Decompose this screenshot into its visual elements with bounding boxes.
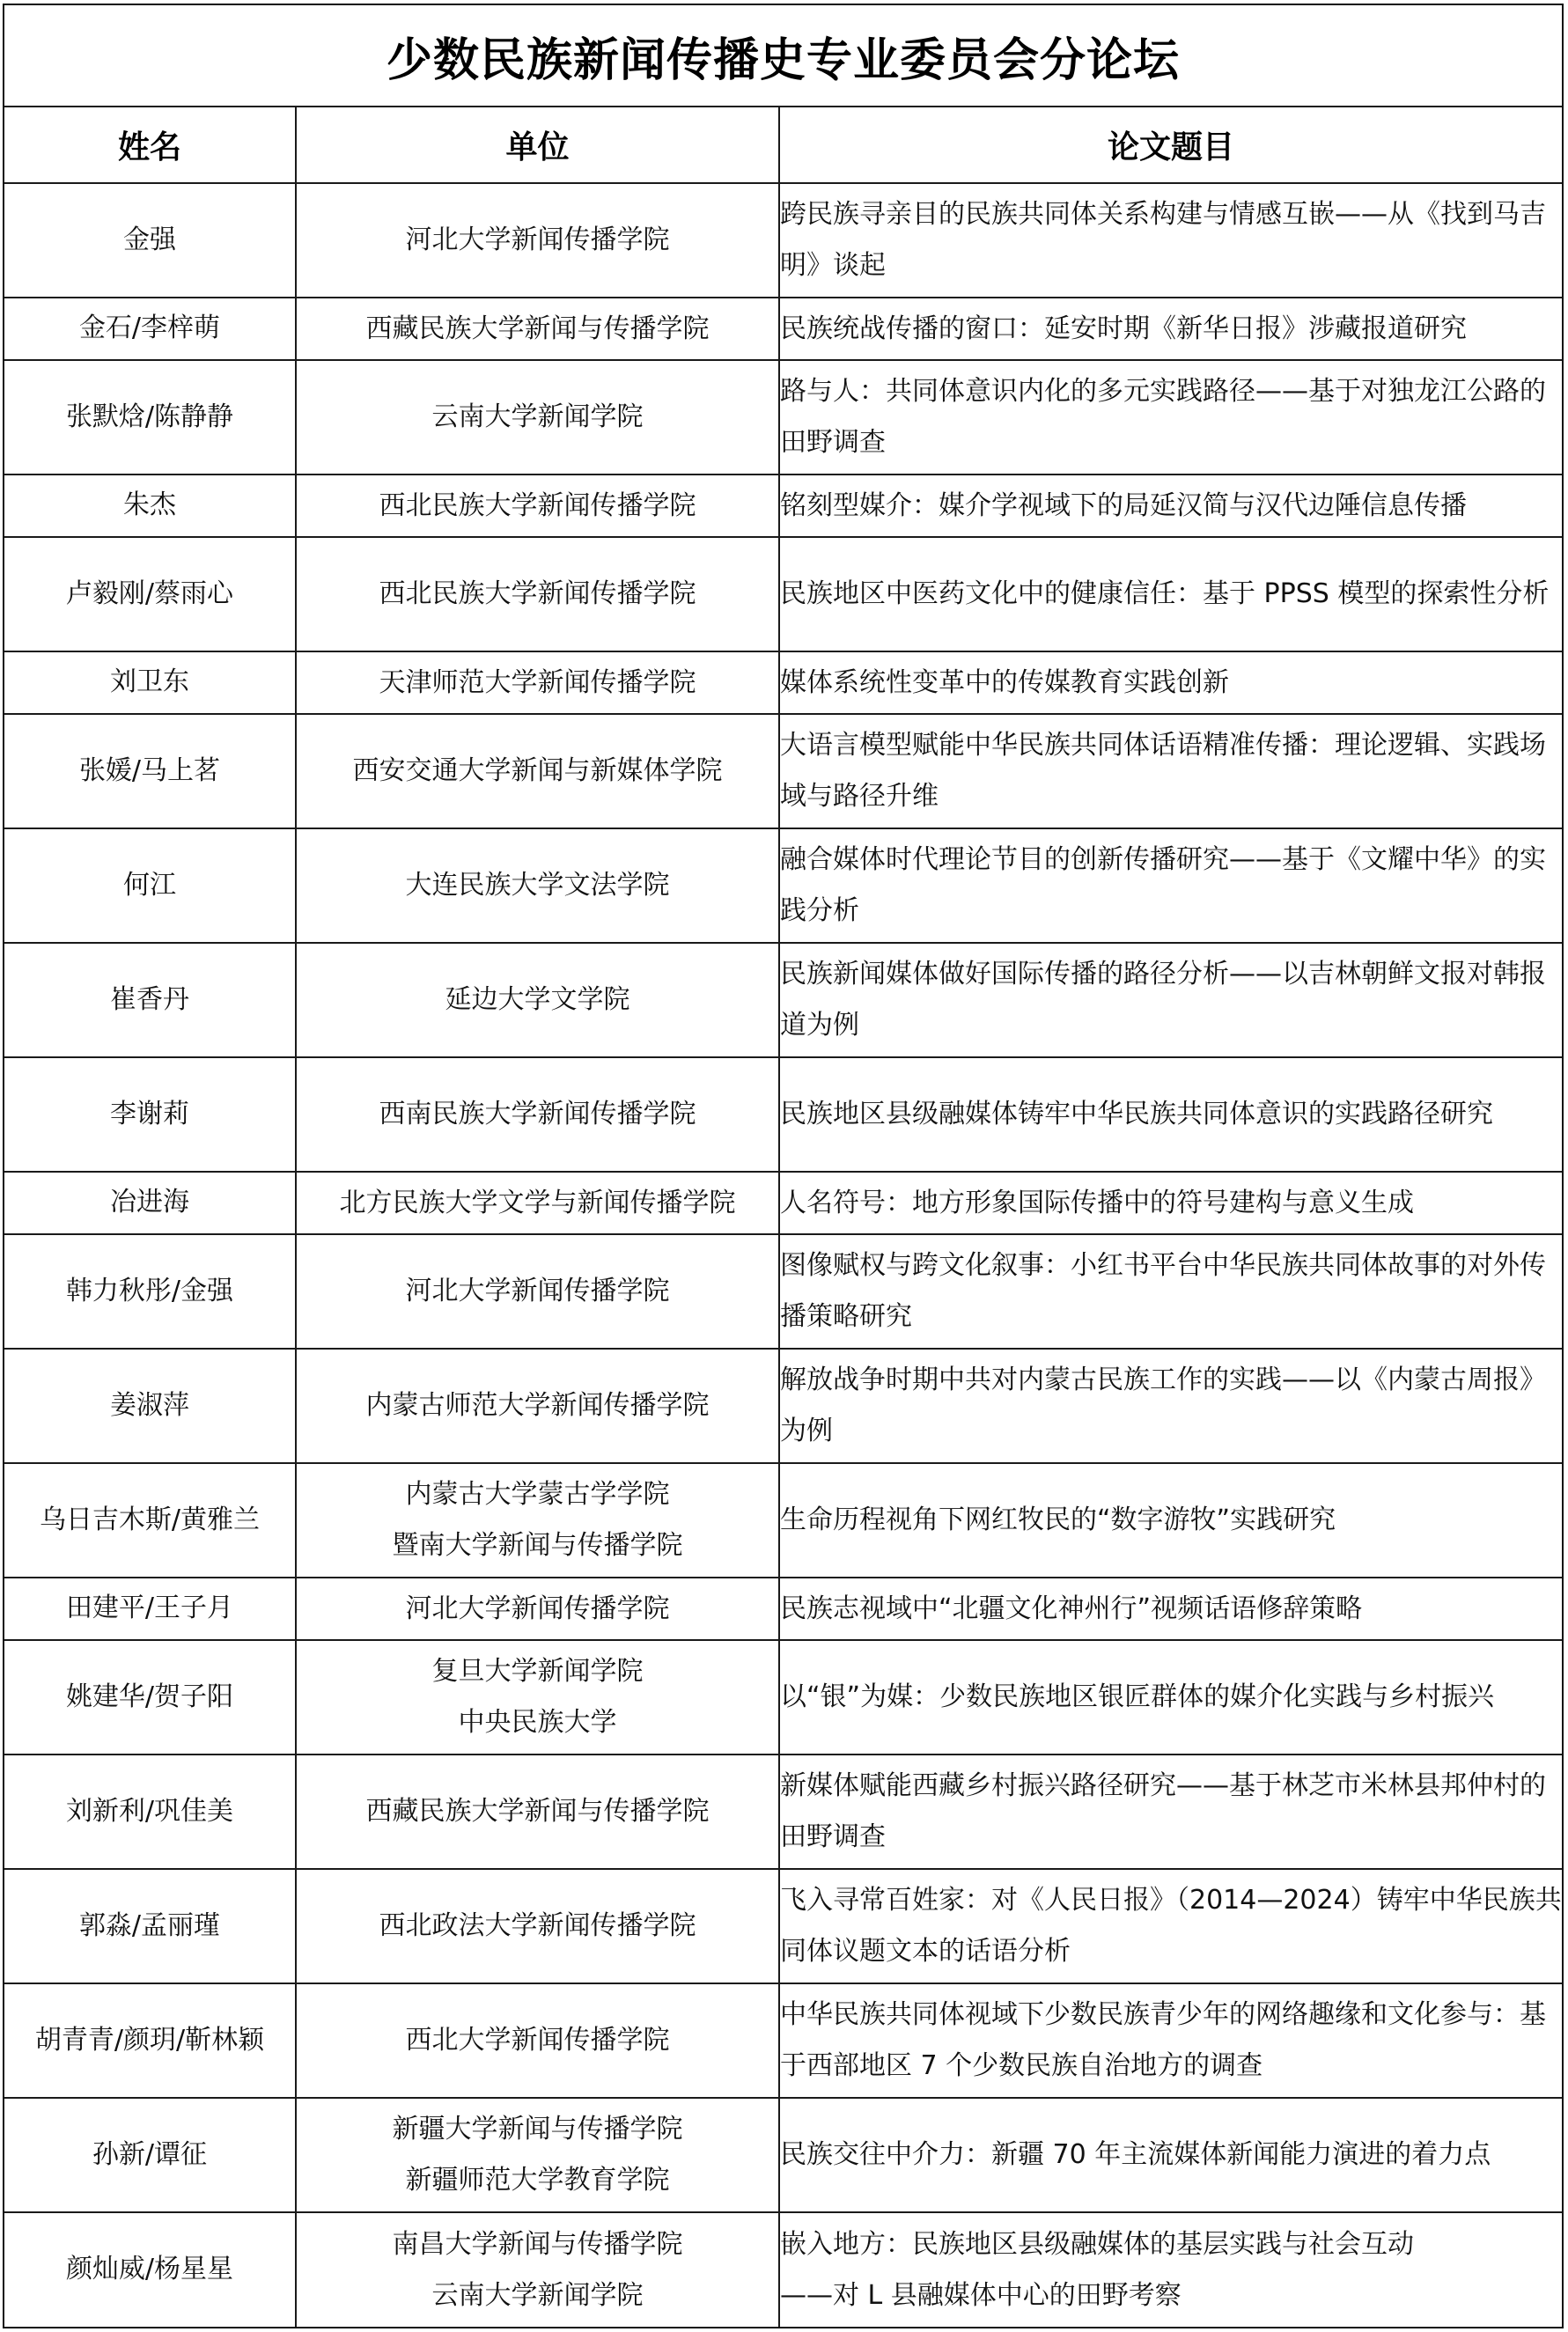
author-name: 金强 bbox=[4, 183, 296, 298]
affiliation-line: 西藏民族大学新闻与传播学院 bbox=[297, 304, 778, 355]
paper-title: 解放战争时期中共对内蒙古民族工作的实践——以《内蒙古周报》为例 bbox=[779, 1349, 1562, 1463]
paper-title-line: 民族交往中介力：新疆 70 年主流媒体新闻能力演进的着力点 bbox=[780, 2139, 1491, 2170]
paper-title: 民族志视域中“北疆文化神州行”视频话语修辞策略 bbox=[779, 1578, 1562, 1640]
affiliation: 北方民族大学文学与新闻传播学院 bbox=[296, 1172, 779, 1234]
author-name: 孙新/谭征 bbox=[4, 2098, 296, 2212]
affiliation: 西藏民族大学新闻与传播学院 bbox=[296, 1755, 779, 1869]
author-name: 朱杰 bbox=[4, 474, 296, 537]
table-row: 金石/李梓萌西藏民族大学新闻与传播学院民族统战传播的窗口：延安时期《新华日报》涉… bbox=[4, 298, 1562, 360]
affiliation: 西藏民族大学新闻与传播学院 bbox=[296, 298, 779, 360]
paper-title: 铭刻型媒介：媒介学视域下的局延汉简与汉代边陲信息传播 bbox=[779, 474, 1562, 537]
paper-title-line: 融合媒体时代理论节目的创新传播研究——基于《文耀中华》的实践分析 bbox=[780, 844, 1546, 926]
affiliation-line: 天津师范大学新闻传播学院 bbox=[297, 658, 778, 709]
author-name: 胡青青/颜玥/靳林颖 bbox=[4, 1983, 296, 2098]
paper-title-line: 民族志视域中“北疆文化神州行”视频话语修辞策略 bbox=[780, 1593, 1362, 1624]
affiliation: 河北大学新闻传播学院 bbox=[296, 1578, 779, 1640]
author-name: 何江 bbox=[4, 828, 296, 943]
paper-title-line: 中华民族共同体视域下少数民族青少年的网络趣缘和文化参与：基于西部地区 7 个少数… bbox=[780, 1999, 1546, 2081]
affiliation: 新疆大学新闻与传播学院新疆师范大学教育学院 bbox=[296, 2098, 779, 2212]
table-row: 颜灿威/杨星星南昌大学新闻与传播学院云南大学新闻学院嵌入地方：民族地区县级融媒体… bbox=[4, 2212, 1562, 2327]
forum-table-sheet: 少数民族新闻传播史专业委员会分论坛 姓名 单位 论文题目 金强河北大学新闻传播学… bbox=[3, 4, 1564, 2328]
affiliation-line: 云南大学新闻学院 bbox=[297, 392, 778, 443]
paper-title: 民族新闻媒体做好国际传播的路径分析——以吉林朝鲜文报对韩报道为例 bbox=[779, 943, 1562, 1057]
table-row: 卢毅刚/蔡雨心西北民族大学新闻传播学院民族地区中医药文化中的健康信任：基于 PP… bbox=[4, 537, 1562, 651]
paper-title-line: 图像赋权与跨文化叙事：小红书平台中华民族共同体故事的对外传播策略研究 bbox=[780, 1250, 1546, 1332]
paper-title: 人名符号：地方形象国际传播中的符号建构与意义生成 bbox=[779, 1172, 1562, 1234]
paper-title-line: 民族统战传播的窗口：延安时期《新华日报》涉藏报道研究 bbox=[780, 313, 1467, 344]
affiliation-line: 大连民族大学文法学院 bbox=[297, 860, 778, 911]
table-row: 张默焓/陈静静云南大学新闻学院路与人：共同体意识内化的多元实践路径——基于对独龙… bbox=[4, 360, 1562, 474]
paper-title-line: 生命历程视角下网红牧民的“数字游牧”实践研究 bbox=[780, 1504, 1336, 1535]
table-row: 崔香丹延边大学文学院民族新闻媒体做好国际传播的路径分析——以吉林朝鲜文报对韩报道… bbox=[4, 943, 1562, 1057]
author-name: 乌日吉木斯/黄雅兰 bbox=[4, 1463, 296, 1578]
affiliation: 西北大学新闻传播学院 bbox=[296, 1983, 779, 2098]
affiliation-line: 河北大学新闻传播学院 bbox=[297, 1266, 778, 1317]
paper-title-line: 解放战争时期中共对内蒙古民族工作的实践——以《内蒙古周报》为例 bbox=[780, 1365, 1546, 1446]
table-row: 冶进海北方民族大学文学与新闻传播学院人名符号：地方形象国际传播中的符号建构与意义… bbox=[4, 1172, 1562, 1234]
author-name: 李谢莉 bbox=[4, 1057, 296, 1172]
affiliation-line: 新疆大学新闻与传播学院 bbox=[297, 2104, 778, 2155]
affiliation: 西北政法大学新闻传播学院 bbox=[296, 1869, 779, 1983]
paper-title: 民族地区中医药文化中的健康信任：基于 PPSS 模型的探索性分析 bbox=[779, 537, 1562, 651]
paper-title-line: ——对 L 县融媒体中心的田野考察 bbox=[780, 2270, 1562, 2321]
author-name: 卢毅刚/蔡雨心 bbox=[4, 537, 296, 651]
affiliation: 西安交通大学新闻与新媒体学院 bbox=[296, 714, 779, 828]
affiliation: 延边大学文学院 bbox=[296, 943, 779, 1057]
affiliation-line: 西南民族大学新闻传播学院 bbox=[297, 1089, 778, 1140]
author-name: 郭淼/孟丽瑾 bbox=[4, 1869, 296, 1983]
forum-table: 少数民族新闻传播史专业委员会分论坛 姓名 单位 论文题目 金强河北大学新闻传播学… bbox=[4, 5, 1562, 2327]
affiliation-line: 云南大学新闻学院 bbox=[297, 2270, 778, 2321]
affiliation: 天津师范大学新闻传播学院 bbox=[296, 651, 779, 714]
author-name: 刘新利/巩佳美 bbox=[4, 1755, 296, 1869]
affiliation-line: 西北大学新闻传播学院 bbox=[297, 2015, 778, 2066]
table-row: 张媛/马上茗西安交通大学新闻与新媒体学院大语言模型赋能中华民族共同体话语精准传播… bbox=[4, 714, 1562, 828]
paper-title: 图像赋权与跨文化叙事：小红书平台中华民族共同体故事的对外传播策略研究 bbox=[779, 1234, 1562, 1349]
affiliation-line: 南昌大学新闻与传播学院 bbox=[297, 2219, 778, 2270]
paper-title: 民族地区县级融媒体铸牢中华民族共同体意识的实践路径研究 bbox=[779, 1057, 1562, 1172]
affiliation-line: 河北大学新闻传播学院 bbox=[297, 1584, 778, 1635]
paper-title: 大语言模型赋能中华民族共同体话语精准传播：理论逻辑、实践场域与路径升维 bbox=[779, 714, 1562, 828]
table-row: 孙新/谭征新疆大学新闻与传播学院新疆师范大学教育学院民族交往中介力：新疆 70 … bbox=[4, 2098, 1562, 2212]
paper-title-line: 民族新闻媒体做好国际传播的路径分析——以吉林朝鲜文报对韩报道为例 bbox=[780, 959, 1546, 1041]
paper-title: 生命历程视角下网红牧民的“数字游牧”实践研究 bbox=[779, 1463, 1562, 1578]
paper-title: 路与人：共同体意识内化的多元实践路径——基于对独龙江公路的田野调查 bbox=[779, 360, 1562, 474]
affiliation-line: 西藏民族大学新闻与传播学院 bbox=[297, 1786, 778, 1837]
table-row: 刘新利/巩佳美西藏民族大学新闻与传播学院新媒体赋能西藏乡村振兴路径研究——基于林… bbox=[4, 1755, 1562, 1869]
author-name: 刘卫东 bbox=[4, 651, 296, 714]
affiliation-line: 西北政法大学新闻传播学院 bbox=[297, 1901, 778, 1952]
table-row: 金强河北大学新闻传播学院跨民族寻亲目的民族共同体关系构建与情感互嵌——从《找到马… bbox=[4, 183, 1562, 298]
paper-title-line: 路与人：共同体意识内化的多元实践路径——基于对独龙江公路的田野调查 bbox=[780, 376, 1546, 458]
affiliation: 西南民族大学新闻传播学院 bbox=[296, 1057, 779, 1172]
paper-title: 媒体系统性变革中的传媒教育实践创新 bbox=[779, 651, 1562, 714]
affiliation: 河北大学新闻传播学院 bbox=[296, 1234, 779, 1349]
affiliation-line: 复旦大学新闻学院 bbox=[297, 1646, 778, 1697]
affiliation-line: 内蒙古师范大学新闻传播学院 bbox=[297, 1380, 778, 1431]
paper-title: 融合媒体时代理论节目的创新传播研究——基于《文耀中华》的实践分析 bbox=[779, 828, 1562, 943]
column-header-unit: 单位 bbox=[296, 107, 779, 183]
column-header-name: 姓名 bbox=[4, 107, 296, 183]
table-row: 田建平/王子月河北大学新闻传播学院民族志视域中“北疆文化神州行”视频话语修辞策略 bbox=[4, 1578, 1562, 1640]
paper-title: 民族统战传播的窗口：延安时期《新华日报》涉藏报道研究 bbox=[779, 298, 1562, 360]
paper-title: 飞入寻常百姓家：对《人民日报》（2014—2024）铸牢中华民族共同体议题文本的… bbox=[779, 1869, 1562, 1983]
table-row: 乌日吉木斯/黄雅兰内蒙古大学蒙古学学院暨南大学新闻与传播学院生命历程视角下网红牧… bbox=[4, 1463, 1562, 1578]
title-row: 少数民族新闻传播史专业委员会分论坛 bbox=[4, 5, 1562, 107]
paper-title-line: 铭刻型媒介：媒介学视域下的局延汉简与汉代边陲信息传播 bbox=[780, 490, 1467, 521]
paper-title-line: 民族地区中医药文化中的健康信任：基于 PPSS 模型的探索性分析 bbox=[780, 578, 1549, 609]
affiliation: 云南大学新闻学院 bbox=[296, 360, 779, 474]
author-name: 张默焓/陈静静 bbox=[4, 360, 296, 474]
paper-title: 嵌入地方：民族地区县级融媒体的基层实践与社会互动——对 L 县融媒体中心的田野考… bbox=[779, 2212, 1562, 2327]
affiliation-line: 西北民族大学新闻传播学院 bbox=[297, 569, 778, 620]
paper-title-line: 民族地区县级融媒体铸牢中华民族共同体意识的实践路径研究 bbox=[780, 1099, 1493, 1129]
table-row: 胡青青/颜玥/靳林颖西北大学新闻传播学院中华民族共同体视域下少数民族青少年的网络… bbox=[4, 1983, 1562, 2098]
affiliation-line: 内蒙古大学蒙古学学院 bbox=[297, 1469, 778, 1520]
paper-title: 中华民族共同体视域下少数民族青少年的网络趣缘和文化参与：基于西部地区 7 个少数… bbox=[779, 1983, 1562, 2098]
affiliation-line: 西安交通大学新闻与新媒体学院 bbox=[297, 746, 778, 797]
table-row: 何江大连民族大学文法学院融合媒体时代理论节目的创新传播研究——基于《文耀中华》的… bbox=[4, 828, 1562, 943]
author-name: 韩力秋彤/金强 bbox=[4, 1234, 296, 1349]
paper-title-line: 跨民族寻亲目的民族共同体关系构建与情感互嵌——从《找到马吉明》谈起 bbox=[780, 199, 1546, 281]
affiliation-line: 西北民族大学新闻传播学院 bbox=[297, 481, 778, 532]
author-name: 田建平/王子月 bbox=[4, 1578, 296, 1640]
table-row: 姜淑萍内蒙古师范大学新闻传播学院解放战争时期中共对内蒙古民族工作的实践——以《内… bbox=[4, 1349, 1562, 1463]
paper-title-line: 大语言模型赋能中华民族共同体话语精准传播：理论逻辑、实践场域与路径升维 bbox=[780, 730, 1546, 812]
paper-title-line: 飞入寻常百姓家：对《人民日报》（2014—2024）铸牢中华民族共同体议题文本的… bbox=[780, 1885, 1562, 1967]
author-name: 张媛/马上茗 bbox=[4, 714, 296, 828]
author-name: 姜淑萍 bbox=[4, 1349, 296, 1463]
affiliation: 西北民族大学新闻传播学院 bbox=[296, 537, 779, 651]
paper-title-line: 媒体系统性变革中的传媒教育实践创新 bbox=[780, 667, 1229, 698]
table-row: 朱杰西北民族大学新闻传播学院铭刻型媒介：媒介学视域下的局延汉简与汉代边陲信息传播 bbox=[4, 474, 1562, 537]
author-name: 冶进海 bbox=[4, 1172, 296, 1234]
affiliation: 西北民族大学新闻传播学院 bbox=[296, 474, 779, 537]
affiliation-line: 暨南大学新闻与传播学院 bbox=[297, 1520, 778, 1571]
affiliation-line: 中央民族大学 bbox=[297, 1697, 778, 1748]
table-row: 李谢莉西南民族大学新闻传播学院民族地区县级融媒体铸牢中华民族共同体意识的实践路径… bbox=[4, 1057, 1562, 1172]
paper-title-line: 人名符号：地方形象国际传播中的符号建构与意义生成 bbox=[780, 1188, 1414, 1218]
affiliation: 复旦大学新闻学院中央民族大学 bbox=[296, 1640, 779, 1755]
paper-title-line: 新媒体赋能西藏乡村振兴路径研究——基于林芝市米林县邦仲村的田野调查 bbox=[780, 1770, 1546, 1852]
affiliation-line: 河北大学新闻传播学院 bbox=[297, 215, 778, 266]
affiliation-line: 新疆师范大学教育学院 bbox=[297, 2155, 778, 2206]
affiliation: 内蒙古师范大学新闻传播学院 bbox=[296, 1349, 779, 1463]
affiliation-line: 延边大学文学院 bbox=[297, 975, 778, 1026]
column-header-paper: 论文题目 bbox=[779, 107, 1562, 183]
affiliation: 河北大学新闻传播学院 bbox=[296, 183, 779, 298]
table-row: 刘卫东天津师范大学新闻传播学院媒体系统性变革中的传媒教育实践创新 bbox=[4, 651, 1562, 714]
paper-title: 以“银”为媒：少数民族地区银匠群体的媒介化实践与乡村振兴 bbox=[779, 1640, 1562, 1755]
table-row: 韩力秋彤/金强河北大学新闻传播学院图像赋权与跨文化叙事：小红书平台中华民族共同体… bbox=[4, 1234, 1562, 1349]
page-title: 少数民族新闻传播史专业委员会分论坛 bbox=[4, 5, 1562, 107]
author-name: 颜灿威/杨星星 bbox=[4, 2212, 296, 2327]
paper-title-line: 以“银”为媒：少数民族地区银匠群体的媒介化实践与乡村振兴 bbox=[780, 1681, 1494, 1712]
paper-title-line: 嵌入地方：民族地区县级融媒体的基层实践与社会互动 bbox=[780, 2219, 1562, 2270]
affiliation-line: 北方民族大学文学与新闻传播学院 bbox=[297, 1178, 778, 1229]
table-row: 姚建华/贺子阳复旦大学新闻学院中央民族大学以“银”为媒：少数民族地区银匠群体的媒… bbox=[4, 1640, 1562, 1755]
author-name: 姚建华/贺子阳 bbox=[4, 1640, 296, 1755]
table-row: 郭淼/孟丽瑾西北政法大学新闻传播学院飞入寻常百姓家：对《人民日报》（2014—2… bbox=[4, 1869, 1562, 1983]
author-name: 崔香丹 bbox=[4, 943, 296, 1057]
paper-title: 新媒体赋能西藏乡村振兴路径研究——基于林芝市米林县邦仲村的田野调查 bbox=[779, 1755, 1562, 1869]
affiliation: 内蒙古大学蒙古学学院暨南大学新闻与传播学院 bbox=[296, 1463, 779, 1578]
affiliation: 大连民族大学文法学院 bbox=[296, 828, 779, 943]
header-row: 姓名 单位 论文题目 bbox=[4, 107, 1562, 183]
affiliation: 南昌大学新闻与传播学院云南大学新闻学院 bbox=[296, 2212, 779, 2327]
paper-title: 跨民族寻亲目的民族共同体关系构建与情感互嵌——从《找到马吉明》谈起 bbox=[779, 183, 1562, 298]
paper-title: 民族交往中介力：新疆 70 年主流媒体新闻能力演进的着力点 bbox=[779, 2098, 1562, 2212]
author-name: 金石/李梓萌 bbox=[4, 298, 296, 360]
